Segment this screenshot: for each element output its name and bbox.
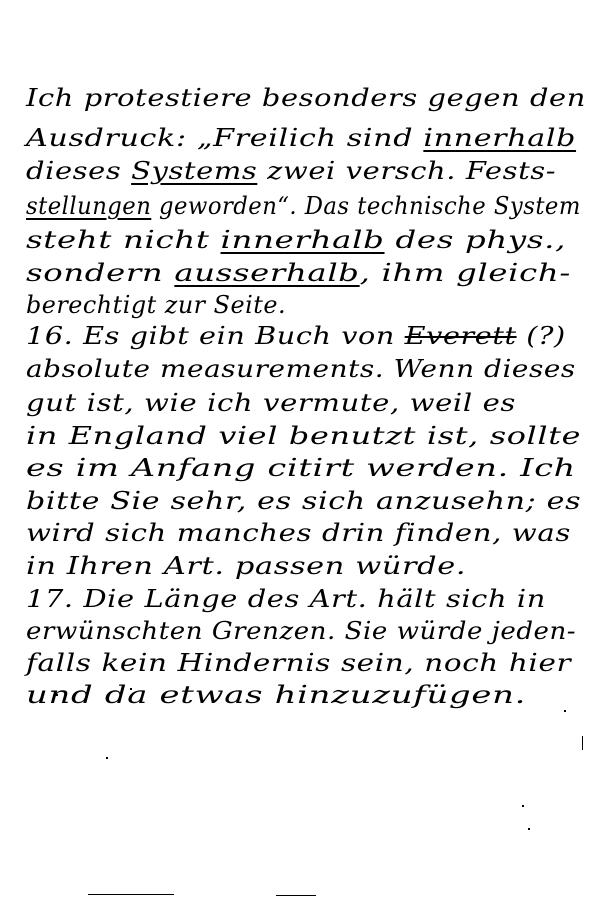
scan-speck: [522, 805, 524, 807]
text-segment: in England viel benutzt ist, sollte: [26, 422, 581, 450]
underlined-word: stellungen: [26, 192, 151, 220]
handwritten-line: absolute measurements. Wenn dieses: [26, 355, 576, 383]
text-segment: geworden“. Das technische System: [151, 192, 581, 220]
scan-speck: [106, 757, 108, 759]
handwritten-line: bitte Sie sehr, es sich anzusehn; es: [26, 487, 581, 515]
text-segment: es im Anfang citirt werden. Ich: [26, 454, 576, 482]
handwritten-line: in England viel benutzt ist, sollte: [26, 422, 581, 450]
text-segment: dieses: [26, 157, 131, 185]
handwritten-line: es im Anfang citirt werden. Ich: [26, 454, 576, 482]
handwritten-line: wird sich manches drin finden, was: [26, 519, 571, 547]
text-segment: sondern: [26, 259, 174, 287]
handwritten-line: Ausdruck: „Freilich sind innerhalb: [26, 124, 576, 152]
text-segment: 17. Die Länge des Art. hält sich in: [26, 585, 546, 613]
handwritten-line: berechtigt zur Seite.: [26, 291, 286, 319]
handwritten-line: 17. Die Länge des Art. hält sich in: [26, 585, 546, 613]
text-segment: und da etwas hinzuzufügen.: [26, 681, 526, 709]
handwritten-line: dieses Systems zwei versch. Fests-: [26, 157, 556, 185]
underlined-word: Systems: [131, 157, 257, 185]
handwritten-line: und da etwas hinzuzufügen.: [26, 681, 526, 709]
handwritten-page: Ich protestiere besonders gegen denAusdr…: [0, 0, 596, 905]
text-segment: zwei versch. Fests-: [257, 157, 556, 185]
text-segment: Ich protestiere besonders gegen den: [26, 84, 586, 112]
text-segment: 16. Es gibt ein Buch von: [26, 322, 405, 350]
text-segment: bitte Sie sehr, es sich anzusehn; es: [26, 487, 581, 515]
scan-edge-line: [276, 895, 316, 896]
text-segment: wird sich manches drin finden, was: [26, 519, 571, 547]
text-segment: berechtigt zur Seite.: [26, 291, 286, 319]
underlined-word: ausserhalb: [174, 259, 359, 287]
handwritten-line: stellungen geworden“. Das technische Sys…: [26, 192, 581, 220]
underlined-word: innerhalb: [221, 226, 385, 254]
scan-speck: [564, 710, 566, 712]
text-segment: , ihm gleich-: [360, 259, 571, 287]
scan-speck: [130, 688, 132, 690]
text-segment: Ausdruck: „Freilich sind: [26, 124, 423, 152]
text-segment: gut ist, wie ich vermute, weil es: [26, 389, 516, 417]
handwritten-line: gut ist, wie ich vermute, weil es: [26, 389, 516, 417]
text-segment: steht nicht: [26, 226, 221, 254]
scan-speck: [56, 694, 58, 696]
handwritten-line: 16. Es gibt ein Buch von Everett (?): [26, 322, 566, 350]
text-segment: in Ihren Art. passen würde.: [26, 552, 466, 580]
handwritten-line: sondern ausserhalb, ihm gleich-: [26, 259, 571, 287]
handwritten-line: steht nicht innerhalb des phys.,: [26, 226, 566, 254]
scan-edge-line: [88, 894, 174, 895]
handwritten-line: erwünschten Grenzen. Sie würde jeden-: [26, 617, 576, 645]
scan-speck: [582, 736, 583, 750]
handwritten-line: falls kein Hindernis sein, noch hier: [26, 649, 571, 677]
handwritten-line: in Ihren Art. passen würde.: [26, 552, 466, 580]
text-segment: falls kein Hindernis sein, noch hier: [26, 649, 571, 677]
text-segment: erwünschten Grenzen. Sie würde jeden-: [26, 617, 576, 645]
handwritten-line: Ich protestiere besonders gegen den: [26, 84, 586, 112]
struck-through-word: Everett: [405, 322, 517, 350]
underlined-word: innerhalb: [423, 124, 576, 152]
scan-speck: [528, 828, 530, 830]
text-segment: (?): [517, 322, 566, 350]
text-segment: des phys.,: [385, 226, 567, 254]
text-segment: absolute measurements. Wenn dieses: [26, 355, 576, 383]
